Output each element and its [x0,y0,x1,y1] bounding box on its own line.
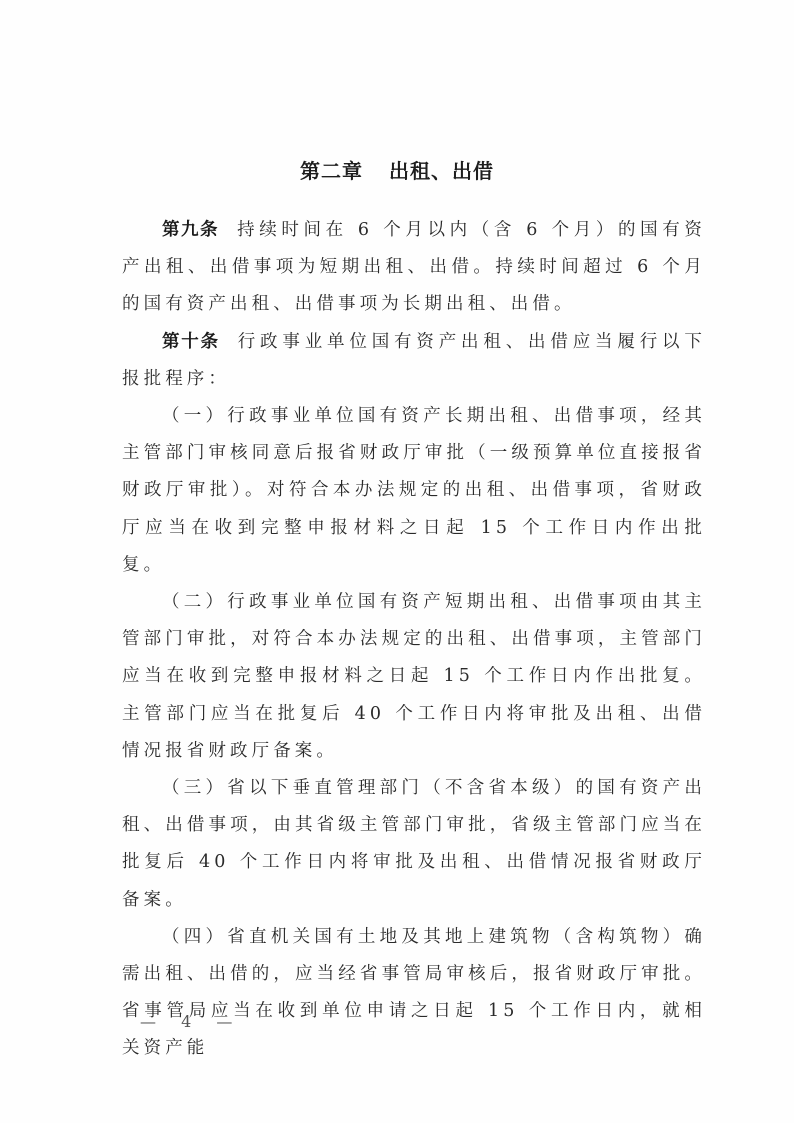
chapter-number: 第二章 [300,159,363,183]
chapter-name: 出租、出借 [389,159,494,183]
article-10: 第十条行政事业单位国有资产出租、出借应当履行以下报批程序： [122,324,706,398]
article-label: 第九条 [162,220,219,240]
list-item-4: （四）省直机关国有土地及其地上建筑物（含构筑物）确需出租、出借的，应当经省事管局… [122,919,706,1068]
document-body: 第九条持续时间在 6 个月以内（含 6 个月）的国有资产出租、出借事项为短期出租… [122,212,706,1068]
list-item-3: （三）省以下垂直管理部门（不含省本级）的国有资产出租、出借事项，由其省级主管部门… [122,770,706,919]
chapter-title: 第二章出租、出借 [0,155,794,184]
list-item-2: （二）行政事业单位国有资产短期出租、出借事项由其主管部门审批，对符合本办法规定的… [122,584,706,770]
list-item-1: （一）行政事业单位国有资产长期出租、出借事项，经其主管部门审核同意后报省财政厅审… [122,398,706,584]
article-9: 第九条持续时间在 6 个月以内（含 6 个月）的国有资产出租、出借事项为短期出租… [122,212,706,324]
article-label: 第十条 [162,332,220,352]
page-number: — 4 — [140,1012,242,1031]
document-page: 第二章出租、出借 第九条持续时间在 6 个月以内（含 6 个月）的国有资产出租、… [0,0,794,1123]
